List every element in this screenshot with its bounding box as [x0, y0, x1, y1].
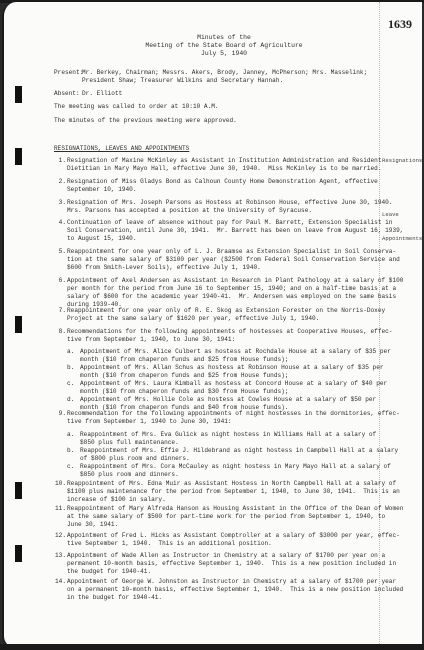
item-number: 3.: [54, 199, 66, 207]
sub-item-text: Reappointment of Mrs. Eva Gulick as nigh…: [80, 431, 376, 447]
item-number: 12.: [54, 532, 66, 540]
sub-item-text: Appointment of Mrs. Allan Schus as hoste…: [80, 364, 384, 380]
item-text: Reappointment for one year only of R. E.…: [67, 307, 377, 323]
item-number: 2.: [54, 178, 66, 186]
item-text: Recommendation for the following appoint…: [67, 410, 377, 426]
title-line-2: Meeting of the State Board of Agricultur…: [104, 42, 344, 50]
item-number: 14.: [54, 578, 66, 586]
sub-item-letter: b.: [67, 364, 74, 372]
sub-item-letter: a.: [67, 348, 74, 356]
item-text: Resignation of Mrs. Joseph Parsons as Ho…: [67, 199, 377, 215]
item-text: Reappointment for one year only of L. J.…: [67, 248, 377, 272]
sub-item-text: Reappointment of Mrs. Effie J. Hildebran…: [80, 447, 398, 463]
item-text: Resignation of Maxine McKinley as Assist…: [67, 157, 377, 173]
title-line-1: Minutes of the: [104, 34, 344, 42]
item-number: 7.: [54, 307, 66, 315]
item-text: Appointment of Axel Andersen as Assistan…: [67, 277, 377, 309]
scan-border-bottom: [0, 644, 424, 650]
item-text: Continuation of leave of absence without…: [67, 219, 377, 243]
sub-item-letter: c.: [67, 380, 74, 388]
item-number: 5.: [54, 248, 66, 256]
item-text: Appointment of George W. Johnston as Ins…: [67, 578, 377, 602]
document-title: Minutes of the Meeting of the State Boar…: [104, 34, 344, 58]
sub-item-letter: b.: [67, 447, 74, 455]
sub-item-text: Appointment of Mrs. Laura Kimball as hos…: [80, 380, 387, 396]
item-number: 6.: [54, 277, 66, 285]
margin-rule: [379, 2, 380, 646]
sub-item-text: Appointment of Mrs. Alice Culbert as hos…: [80, 348, 391, 364]
sub-item-letter: a.: [67, 431, 74, 439]
item-text: Appointment of Fred L. Hicks as Assistan…: [67, 532, 377, 548]
margin-note-leave: Leave: [382, 211, 399, 218]
page-number: 1639: [388, 17, 412, 32]
item-text: Appointment of Wade Allen as Instructor …: [67, 552, 377, 576]
margin-note-resignations: Resignations: [382, 157, 422, 164]
index-tab-marker: [15, 482, 22, 499]
absent-label: Absent:: [54, 90, 80, 98]
item-number: 10.: [54, 480, 66, 488]
call-to-order: The meeting was called to order at 10:10…: [54, 103, 219, 111]
title-line-3: July 5, 1940: [104, 50, 344, 58]
item-text: Reappointment of Mrs. Edna Muir as Assis…: [67, 480, 377, 504]
document-page: 1639 Minutes of the Meeting of the State…: [2, 2, 422, 646]
item-text: Reappointment of Mary Alfreda Hanson as …: [67, 505, 377, 529]
item-number: 4.: [54, 219, 66, 227]
index-tab-marker: [15, 148, 22, 165]
sub-item-letter: c.: [67, 463, 74, 471]
index-tab-marker: [15, 86, 22, 103]
item-text: Resignation of Miss Gladys Bond as Calho…: [67, 178, 377, 194]
absent-value: Dr. Elliott: [82, 90, 122, 98]
present-label: Present:: [54, 69, 83, 77]
index-tab-marker: [15, 545, 22, 562]
index-tab-marker: [15, 316, 22, 333]
section-heading: RESIGNATIONS, LEAVES AND APPOINTMENTS: [54, 145, 189, 152]
item-number: 11.: [54, 505, 66, 513]
item-number: 8.: [54, 328, 66, 336]
sub-item-text: Reappointment of Mrs. Cora McCauley as n…: [80, 463, 391, 479]
item-text: Recommendations for the following appoin…: [67, 328, 377, 344]
sub-item-letter: d.: [67, 396, 74, 404]
item-number: 9.: [54, 410, 66, 418]
present-line-2: President Shaw; Treasurer Wilkins and Se…: [82, 77, 283, 85]
present-line-1: Mr. Berkey, Chairman; Messrs. Akers, Bro…: [82, 69, 367, 77]
minutes-approved: The minutes of the previous meeting were…: [54, 117, 237, 125]
item-number: 1.: [54, 157, 66, 165]
item-number: 13.: [54, 552, 66, 560]
margin-note-appointments: Appointments: [382, 235, 422, 242]
